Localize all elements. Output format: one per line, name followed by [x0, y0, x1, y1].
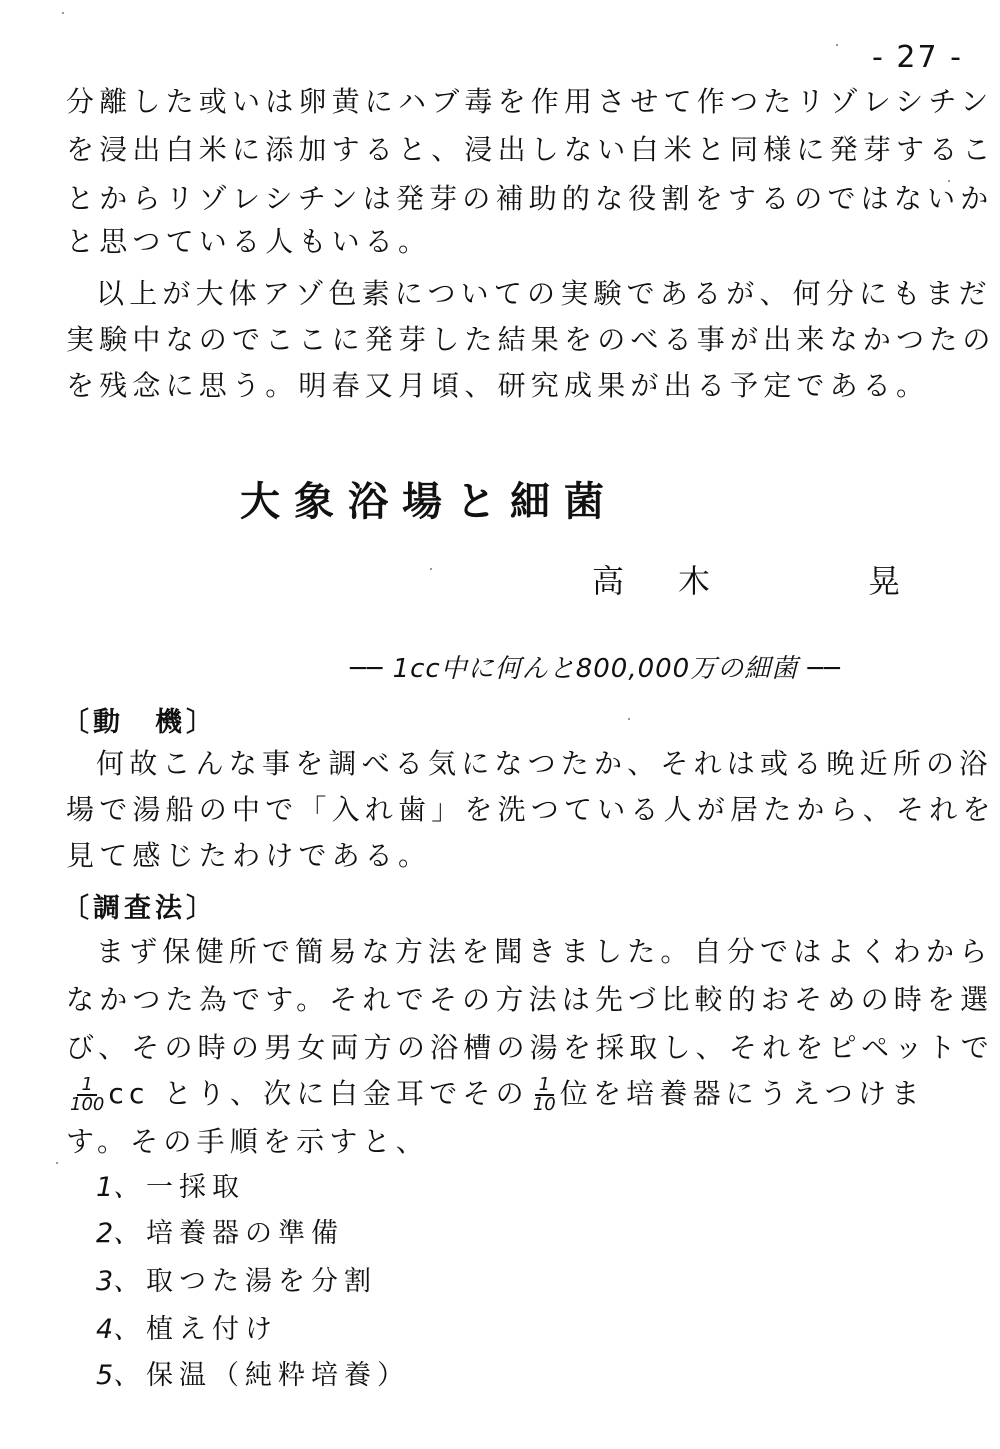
author-given-name: 晃: [868, 556, 900, 602]
step-item: 5、保温（純粋培養）: [96, 1358, 410, 1394]
step-number: 5、: [96, 1358, 146, 1394]
fraction-one-hundredth: 1 100: [70, 1076, 104, 1114]
text-line: なかつた為です。それでその方法は先づ比較的おそめの時を選: [66, 982, 993, 1018]
text-line: を浸出白米に添加すると、浸出しない白米と同様に発芽すること: [66, 132, 1000, 168]
step-item: 1、一採取: [96, 1170, 245, 1206]
scan-speck: [628, 718, 630, 720]
scan-speck: [948, 180, 950, 182]
scan-speck: [56, 1162, 58, 1164]
fraction-text-line: 1 100 cc とり、次に白金耳でその 1 10 位を培養器にうえつけま: [66, 1076, 924, 1114]
page-number: - 27 -: [872, 40, 963, 75]
article-title: 大象浴場と細菌: [240, 470, 618, 527]
scan-speck: [836, 44, 838, 46]
text-line: 実験中なのでここに発芽した結果をのべる事が出来なかつたの: [66, 322, 996, 358]
step-item: 4、植え付け: [96, 1312, 278, 1348]
scan-speck: [62, 12, 64, 14]
section-heading-method: 〔調査法〕: [62, 886, 217, 925]
step-number: 3、: [96, 1264, 146, 1300]
text-line: 何故こんな事を調べる気になつたか、それは或る晩近所の浴: [96, 746, 992, 782]
scan-speck: [430, 568, 432, 570]
step-text: 培養器の準備: [146, 1218, 344, 1249]
step-item: 2、培養器の準備: [96, 1216, 344, 1252]
text-line: とからリゾレシチンは発芽の補助的な役割をするのではないか: [66, 181, 994, 217]
section-heading-motive: 〔動 機〕: [62, 700, 217, 739]
step-number: 4、: [96, 1312, 146, 1348]
fraction-one-tenth: 1 10: [533, 1076, 556, 1114]
text-line: まず保健所で簡易な方法を聞きました。自分ではよくわから: [96, 934, 992, 970]
step-text: 一採取: [146, 1172, 245, 1203]
text-line: び、その時の男女両方の浴槽の湯を採取し、それをピペットで: [66, 1030, 994, 1066]
step-number: 1、: [96, 1170, 146, 1206]
step-text: 保温（純粋培養）: [146, 1360, 410, 1391]
article-subtitle: ── 1cc中に何んと800,000万の細菌 ──: [350, 648, 841, 685]
author-surname-1: 高: [592, 556, 624, 602]
text-segment: cc とり、次に白金耳でその: [108, 1077, 529, 1110]
text-line: 以上が大体アゾ色素についての実験であるが、何分にもまだ: [96, 276, 992, 312]
author-surname-2: 木: [678, 556, 710, 602]
text-segment: 位を培養器にうえつけま: [560, 1077, 925, 1110]
step-text: 植え付け: [146, 1314, 278, 1345]
text-line: 見て感じたわけである。: [66, 838, 431, 874]
step-number: 2、: [96, 1216, 146, 1252]
text-line: 分離した或いは卵黄にハブ毒を作用させて作つたリゾレシチン: [66, 84, 994, 120]
text-line: と思つている人もいる。: [66, 224, 431, 260]
scan-speck: [540, 494, 542, 496]
text-line: 場で湯船の中で「入れ歯」を洗つている人が居たから、それを: [66, 792, 996, 828]
step-text: 取つた湯を分割: [146, 1266, 377, 1297]
text-line: を残念に思う。明春又月頃、研究成果が出る予定である。: [66, 368, 929, 404]
step-item: 3、取つた湯を分割: [96, 1264, 377, 1300]
text-line: す。その手順を示すと、: [66, 1124, 429, 1160]
